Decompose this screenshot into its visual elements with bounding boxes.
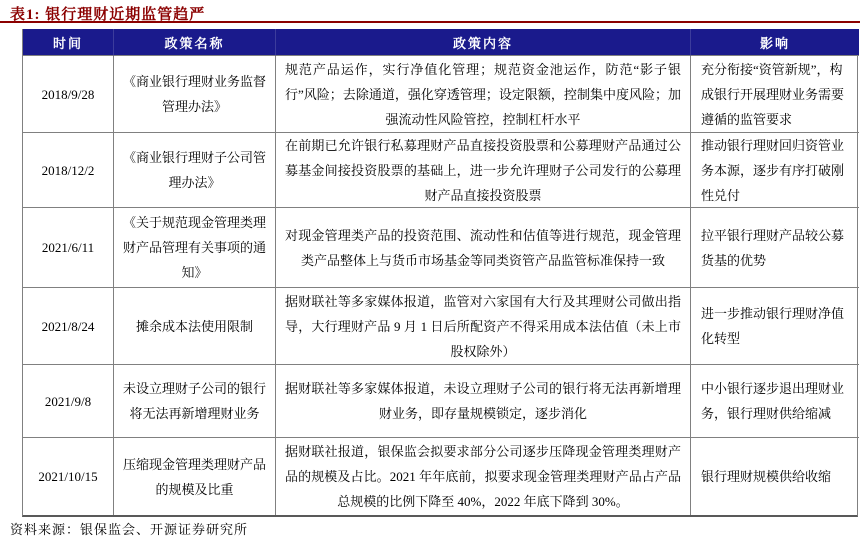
source-note: 资料来源：银保监会、开源证券研究所 xyxy=(10,519,248,538)
row5-time: 2021/9/8 xyxy=(23,365,114,438)
row5-content: 据财联社等多家媒体报道，未设立理财子公司的银行将无法再新增理财业务，即存量规模锁… xyxy=(276,365,691,438)
row1-policy: 《商业银行理财业务监督管理办法》 xyxy=(114,56,276,133)
row6-time: 2021/10/15 xyxy=(23,438,114,515)
row3-content: 对现金管理类产品的投资范围、流动性和估值等进行规范，现金管理类产品整体上与货币市… xyxy=(276,208,691,288)
row1-time: 2018/9/28 xyxy=(23,56,114,133)
row4-content: 据财联社等多家媒体报道，监管对六家国有大行及其理财公司做出指导，大行理财产品 9… xyxy=(276,288,691,365)
row5-impact: 中小银行逐步退出理财业务，银行理财供给缩减 xyxy=(691,365,859,438)
source-value: 银保监会、开源证券研究所 xyxy=(80,522,248,537)
row3-time: 2021/6/11 xyxy=(23,208,114,288)
row6-impact: 银行理财规模供给收缩 xyxy=(691,438,859,515)
row3-policy: 《关于规范现金管理类理财产品管理有关事项的通知》 xyxy=(114,208,276,288)
source-label: 资料来源： xyxy=(10,522,80,537)
row4-time: 2021/8/24 xyxy=(23,288,114,365)
row2-content: 在前期已允许银行私募理财产品直接投资股票和公募理财产品通过公募基金间接投资股票的… xyxy=(276,133,691,208)
row1-content: 规范产品运作，实行净值化管理；规范资金池运作，防范“影子银行”风险；去除通道，强… xyxy=(276,56,691,133)
col-header-impact: 影响 xyxy=(691,29,859,56)
row6-content: 据财联社报道，银保监会拟要求部分公司逐步压降现金管理类理财产品的规模及占比。20… xyxy=(276,438,691,515)
row2-policy: 《商业银行理财子公司管理办法》 xyxy=(114,133,276,208)
row6-policy: 压缩现金管理类理财产品的规模及比重 xyxy=(114,438,276,515)
row3-impact: 拉平银行理财产品较公募货基的优势 xyxy=(691,208,859,288)
row2-impact: 推动银行理财回归资管业务本源，逐步有序打破刚性兑付 xyxy=(691,133,859,208)
row2-time: 2018/12/2 xyxy=(23,133,114,208)
col-header-content: 政策内容 xyxy=(276,29,691,56)
research-report-table-page: 表1: 银行理财近期监管趋严 时间 政策名称 政策内容 影响 2018/9/28… xyxy=(0,0,860,538)
col-header-policy: 政策名称 xyxy=(114,29,276,56)
col-header-time: 时间 xyxy=(23,29,114,56)
row1-impact: 充分衔接“资管新规”，构成银行开展理财业务需要遵循的监管要求 xyxy=(691,56,859,133)
policy-table: 时间 政策名称 政策内容 影响 2018/9/28 《商业银行理财业务监督管理办… xyxy=(22,29,858,517)
row4-impact: 进一步推动银行理财净值化转型 xyxy=(691,288,859,365)
title-divider xyxy=(0,21,860,23)
row4-policy: 摊余成本法使用限制 xyxy=(114,288,276,365)
row5-policy: 未设立理财子公司的银行将无法再新增理财业务 xyxy=(114,365,276,438)
